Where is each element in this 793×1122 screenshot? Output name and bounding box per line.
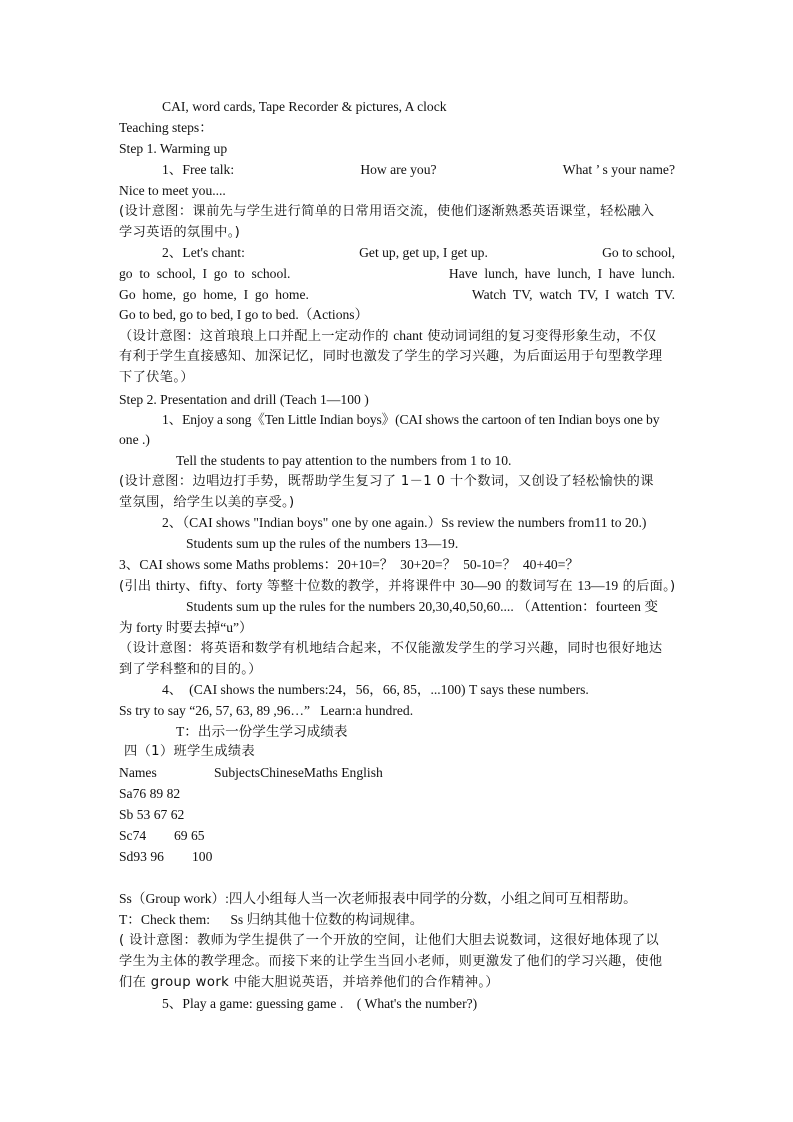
score-table-row-sd: Sd93 96 100	[119, 849, 675, 865]
design-intent-3-line1: (设计意图：边唱边打手势，既帮助学生复习了 1－1 0 十个数词，又创设了轻松愉…	[119, 474, 675, 490]
score-table-row-sa: Sa76 89 82	[119, 786, 675, 802]
chant-l3-right: Watch TV, watch TV, I watch TV.	[472, 287, 675, 303]
chant-label: 2、Let's chant:	[162, 245, 245, 261]
item1-line1: 1、Enjoy a song《Ten Little Indian boys》(C…	[162, 412, 675, 428]
score-table-row-sc: Sc74 69 65	[119, 828, 675, 844]
design-intent-1-line1: (设计意图：课前先与学生进行简单的日常用语交流，使他们逐渐熟悉英语课堂，轻松融入	[119, 204, 675, 220]
item3-sum-up-cont: 为 forty 时要去掉“u”）	[119, 620, 675, 636]
free-talk-q2: What ’ s your name?	[563, 162, 675, 178]
item4-line1: 4、 (CAI shows the numbers:24，56，66, 85，.…	[162, 682, 675, 698]
teaching-steps-label: Teaching steps：	[119, 120, 675, 136]
score-table-header: Names SubjectsChineseMaths English	[119, 765, 675, 781]
chant-line-4: Go to bed, go to bed, I go to bed.（Actio…	[119, 307, 675, 323]
item3-note-a: (引出	[119, 579, 156, 594]
chant-line-3: Go home, go home, I go home. Watch TV, w…	[119, 287, 675, 303]
item1-line2: one .)	[119, 432, 675, 448]
free-talk-q1: How are you?	[360, 162, 436, 178]
check-them-line: T：Check them: Ss 归纳其他十位数的构词规律。	[119, 912, 675, 928]
item3-note-d: 的后面。)	[618, 579, 675, 594]
item3-note-c: 的数词写在	[501, 579, 577, 594]
chant-l2-right: Have lunch, have lunch, I have lunch.	[449, 266, 675, 282]
item3-line1: 3、CAI shows some Maths problems：20+10=？ …	[119, 557, 675, 573]
design-intent-3-line2: 堂氛围，给学生以美的享受。)	[119, 495, 675, 511]
design-intent-1-line2: 学习英语的氛围中。)	[119, 225, 675, 241]
score-table-title: 四（1）班学生成绩表	[124, 744, 680, 760]
chant-l3-left: Go home, go home, I go home.	[119, 287, 309, 303]
chant-l1-mid: Get up, get up, I get up.	[359, 245, 488, 261]
item4-teacher-line: T：出示一份学生学习成绩表	[176, 724, 675, 740]
score-table-header-names: Names	[119, 765, 157, 780]
free-talk-line: 1、Free talk: How are you? What ’ s your …	[162, 162, 675, 178]
design-intent-4-line2: 到了学科整和的目的。）	[119, 662, 675, 678]
item3-note-en3: 13—19	[577, 578, 618, 593]
item3-note-en: thirty、fifty、forty	[156, 578, 262, 593]
item3-note-en2: 30—90	[460, 578, 501, 593]
design-intent-4-line1: （设计意图：将英语和数学有机地结合起来，不仅能激发学生的学习兴趣，同时也很好地达	[119, 641, 675, 657]
item2-line2: Students sum up the rules of the numbers…	[186, 536, 675, 552]
materials-line: CAI, word cards, Tape Recorder & picture…	[162, 99, 675, 115]
step1-title: Step 1. Warming up	[119, 141, 675, 157]
row-sd-part-b: 100	[192, 849, 212, 865]
design-intent-2-text-a: （设计意图：这首琅琅上口并配上一定动作的	[119, 329, 393, 344]
group-work-line: Ss（Group work）:四人小组每人当一次老师报表中同学的分数，小组之间可…	[119, 891, 675, 907]
design-intent-5-line3: 们在 group work 中能大胆说英语，并培养他们的合作精神。）	[119, 975, 675, 991]
chant-l2-left: go to school, I go to school.	[119, 266, 290, 282]
design-intent-2-chant-word: chant	[393, 328, 422, 343]
free-talk-label: 1、Free talk:	[162, 162, 234, 178]
chant-line-1: 2、Let's chant: Get up, get up, I get up.…	[162, 245, 675, 261]
score-table-header-subjects: SubjectsChineseMaths English	[214, 765, 383, 781]
design-intent-2-line3: 下了伏笔。）	[119, 370, 675, 386]
free-talk-continuation: Nice to meet you....	[119, 183, 675, 199]
score-table-row-sb: Sb 53 67 62	[119, 807, 675, 823]
item3-sum-up: Students sum up the rules for the number…	[186, 599, 675, 615]
row-sd-part-a: Sd93 96	[119, 849, 164, 864]
design-intent-5-line1: ( 设计意图：教师为学生提供了一个开放的空间，让他们大胆去说数词，这很好地体现了…	[119, 933, 675, 949]
document-page: CAI, word cards, Tape Recorder & picture…	[0, 0, 793, 1122]
row-sc-part-b: 69 65	[174, 828, 205, 844]
item1-tell: Tell the students to pay attention to th…	[176, 453, 675, 469]
step2-title: Step 2. Presentation and drill (Teach 1—…	[119, 392, 675, 408]
row-sc-part-a: Sc74	[119, 828, 146, 843]
item5-line: 5、Play a game: guessing game . ( What's …	[162, 996, 675, 1012]
item4-line2: Ss try to say “26, 57, 63, 89 ,96…” Lear…	[119, 703, 675, 719]
design-intent-2-text-b: 使动词词组的复习变得形象生动，不仅	[423, 329, 657, 344]
item2-line1: 2、（CAI shows "Indian boys" one by one ag…	[162, 515, 675, 531]
item3-note: (引出 thirty、fifty、forty 等整十位数的教学，并将课件中 30…	[119, 578, 675, 595]
chant-l1-right: Go to school,	[602, 245, 675, 261]
design-intent-2-line1: （设计意图：这首琅琅上口并配上一定动作的 chant 使动词词组的复习变得形象生…	[119, 328, 675, 345]
design-intent-5-line2: 学生为主体的教学理念。而接下来的让学生当回小老师，则更激发了他们的学习兴趣，使他	[119, 954, 675, 970]
design-intent-2-line2: 有利于学生直接感知、加深记忆，同时也激发了学生的学习兴趣，为后面运用于句型教学理	[119, 349, 675, 365]
chant-line-2: go to school, I go to school. Have lunch…	[119, 266, 675, 282]
item3-note-b: 等整十位数的教学，并将课件中	[262, 579, 460, 594]
